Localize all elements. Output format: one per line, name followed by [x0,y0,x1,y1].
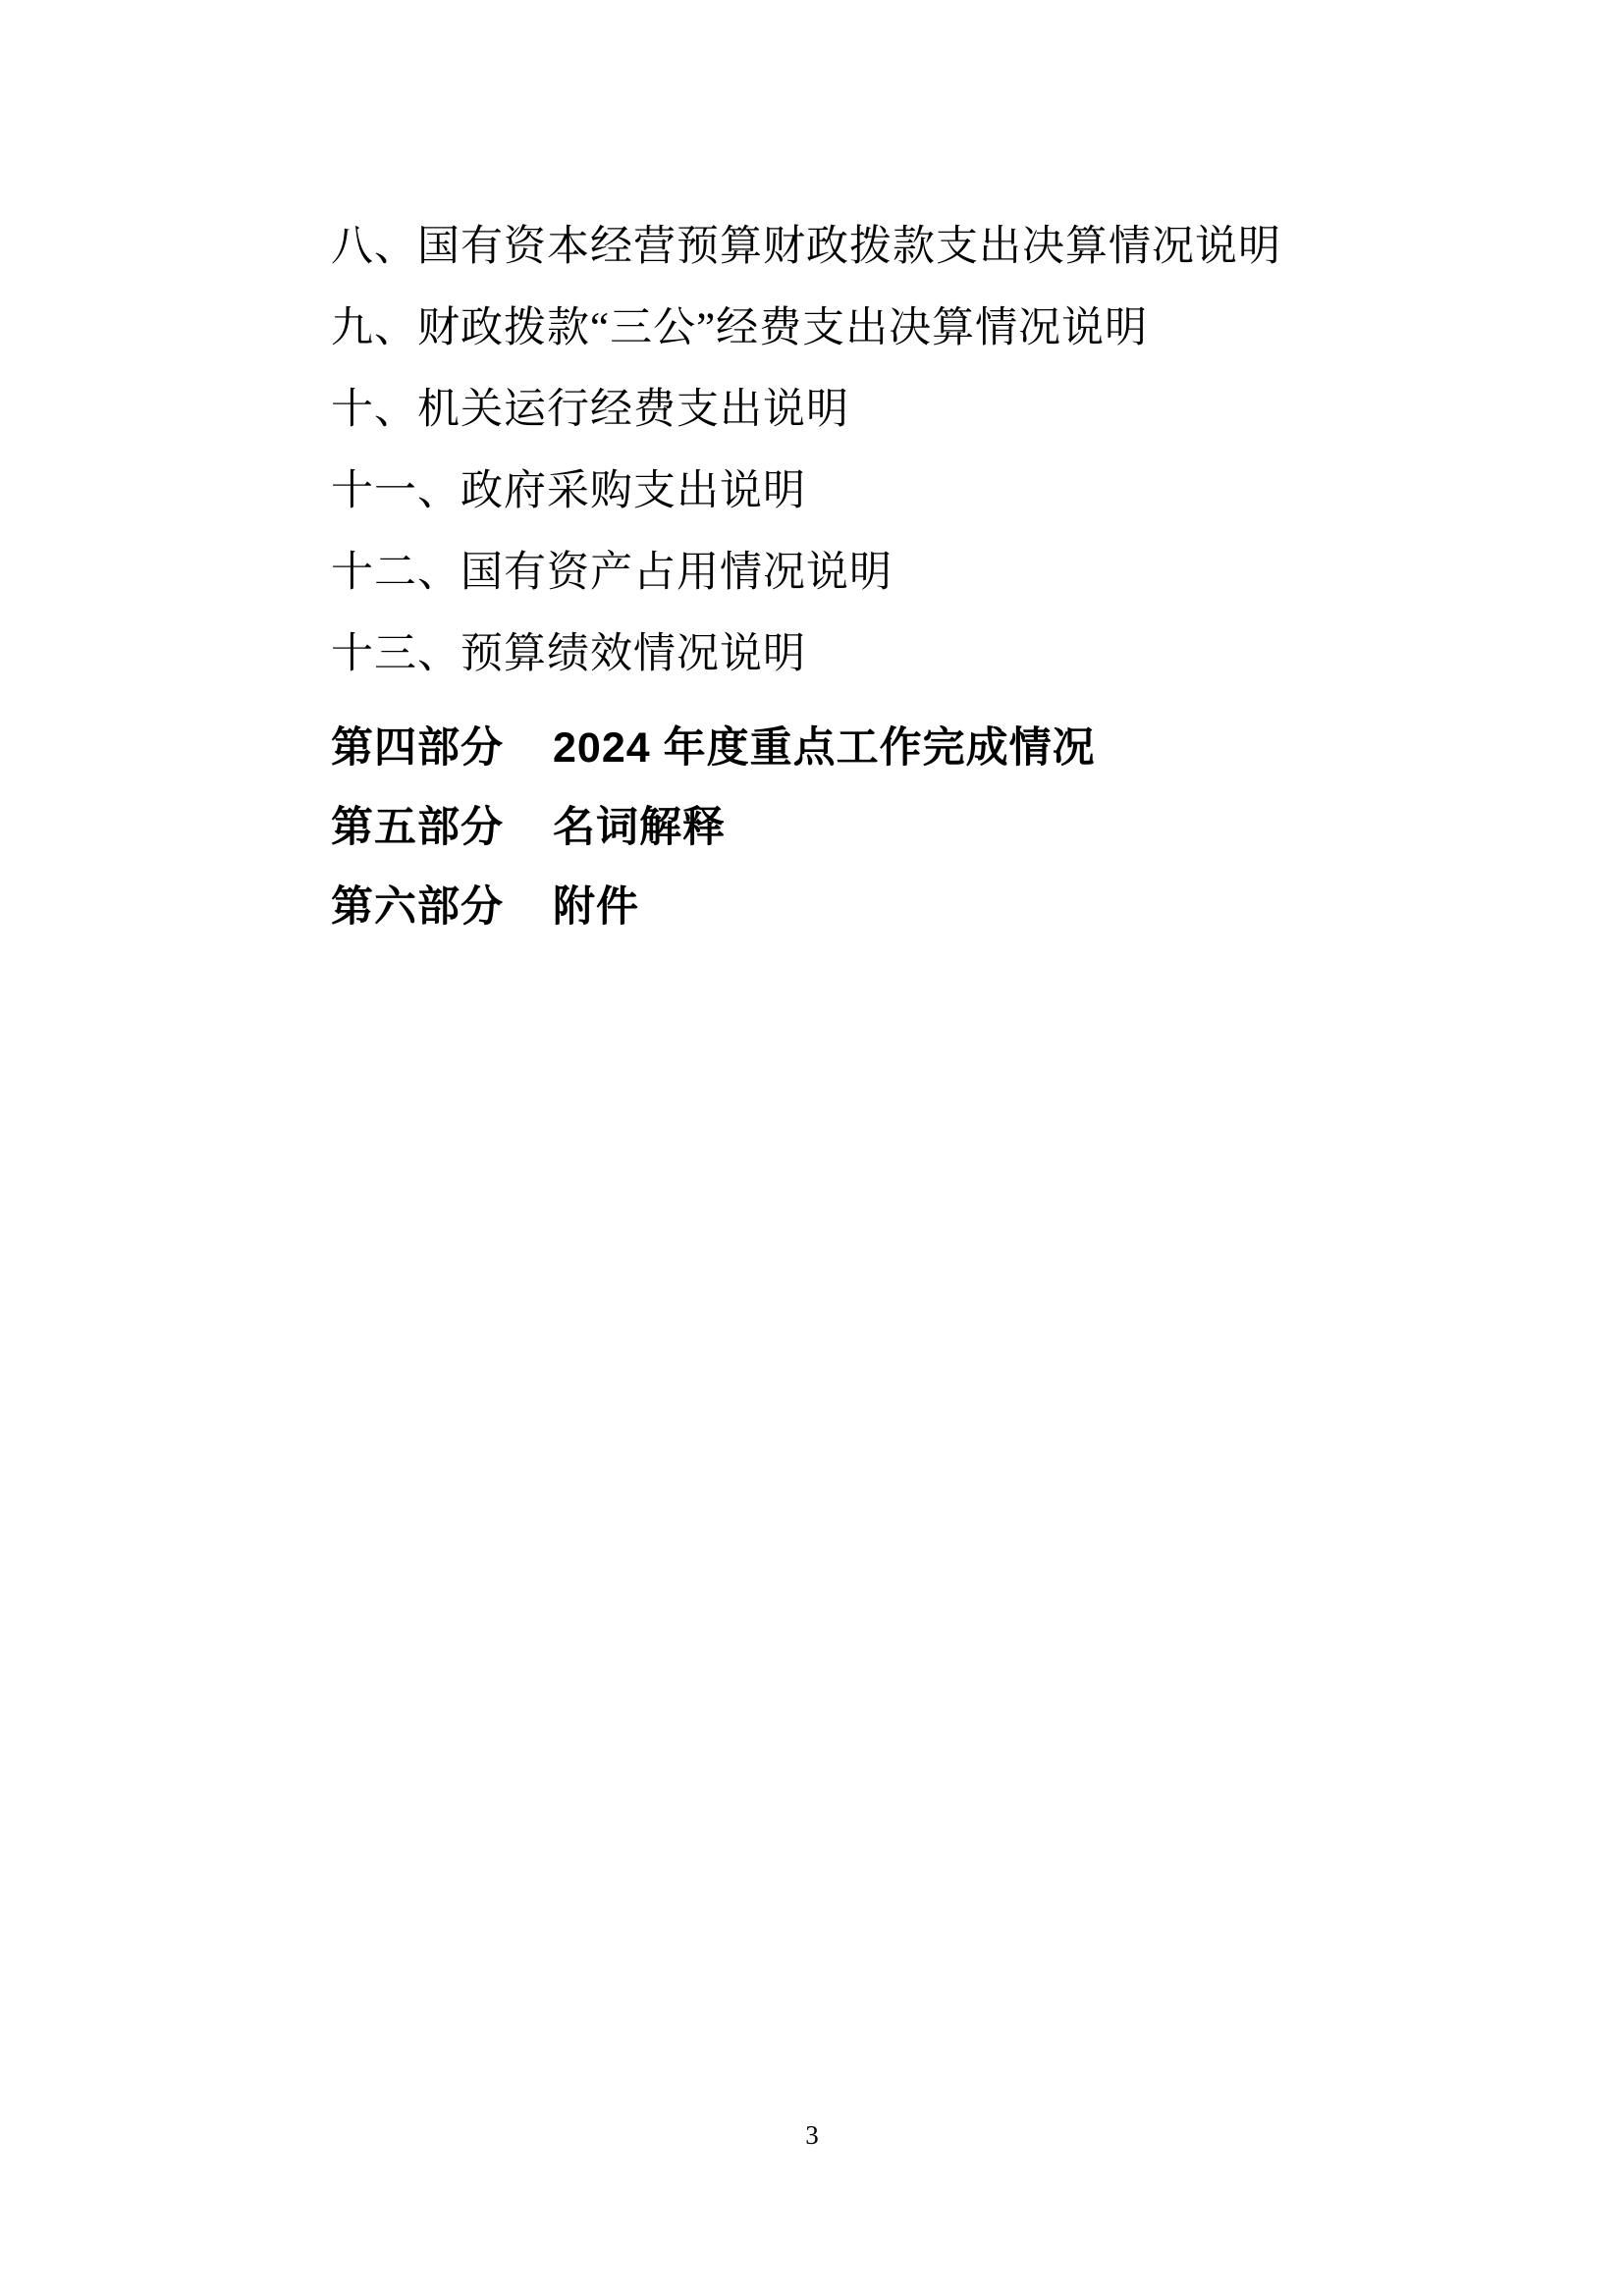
part-heading-5: 第五部分名词解释 [331,788,1447,868]
toc-item-11: 十一、政府采购支出说明 [331,451,1447,532]
document-page: 八、国有资本经营预算财政拨款支出决算情况说明 九、财政拨款“三公”经费支出决算情… [0,0,1624,2296]
toc-item-8: 八、国有资本经营预算财政拨款支出决算情况说明 [331,206,1447,288]
part-headings: 第四部分2024 年度重点工作完成情况 第五部分名词解释 第六部分附件 [331,709,1447,947]
part-6-title: 附件 [553,868,639,947]
part-heading-6: 第六部分附件 [331,868,1447,947]
toc-item-9: 九、财政拨款“三公”经费支出决算情况说明 [331,288,1447,369]
page-number: 3 [805,2120,819,2150]
part-6-label: 第六部分 [331,883,504,931]
toc-item-12: 十二、国有资产占用情况说明 [331,532,1447,614]
part-5-title: 名词解释 [553,788,726,868]
toc-item-10: 十、机关运行经费支出说明 [331,369,1447,451]
toc-item-13: 十三、预算绩效情况说明 [331,614,1447,695]
part-5-label: 第五部分 [331,804,504,851]
part-4-title: 2024 年度重点工作完成情况 [553,709,1096,788]
toc-list: 八、国有资本经营预算财政拨款支出决算情况说明 九、财政拨款“三公”经费支出决算情… [331,206,1447,695]
part-heading-4: 第四部分2024 年度重点工作完成情况 [331,709,1447,788]
page-footer: 3 [0,2118,1624,2152]
part-4-label: 第四部分 [331,724,504,772]
toc-content: 八、国有资本经营预算财政拨款支出决算情况说明 九、财政拨款“三公”经费支出决算情… [331,206,1447,947]
